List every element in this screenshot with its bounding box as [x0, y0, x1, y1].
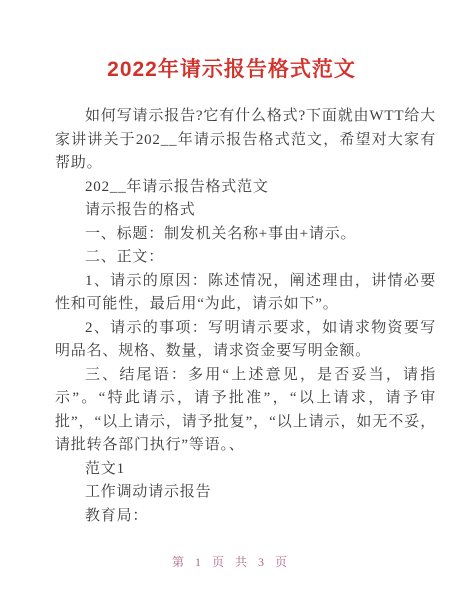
document-page: 2022年请示报告格式范文 如何写请示报告?它有什么格式?下面就由WTT给大家讲… [0, 0, 463, 600]
paragraph-sample-label: 范文1 [55, 458, 436, 482]
paragraph-item-body: 二、正文： [55, 246, 436, 270]
paragraph-closing: 三、结尾语：多用“上述意见，是否妥当，请指示”。“特此请示，请予批准”，“以上请… [55, 364, 436, 458]
page-number-footer: 第 1 页 共 3 页 [0, 553, 463, 570]
document-title: 2022年请示报告格式范文 [0, 0, 463, 83]
paragraph-matters: 2、请示的事项：写明请示要求，如请求物资要写明品名、规格、数量，请求资金要写明金… [55, 317, 436, 364]
document-body: 如何写请示报告?它有什么格式?下面就由WTT给大家讲讲关于202__年请示报告格… [55, 105, 436, 528]
paragraph-salutation: 教育局： [55, 505, 436, 529]
paragraph-reason: 1、请示的原因：陈述情况，阐述理由，讲情必要性和可能性，最后用“为此，请示如下”… [55, 270, 436, 317]
paragraph-subtitle: 202__年请示报告格式范文 [55, 176, 436, 200]
paragraph-format-heading: 请示报告的格式 [55, 199, 436, 223]
paragraph-item-title: 一、标题：制发机关名称+事由+请示。 [55, 223, 436, 247]
paragraph-sample-title: 工作调动请示报告 [55, 481, 436, 505]
paragraph-intro: 如何写请示报告?它有什么格式?下面就由WTT给大家讲讲关于202__年请示报告格… [55, 105, 436, 176]
